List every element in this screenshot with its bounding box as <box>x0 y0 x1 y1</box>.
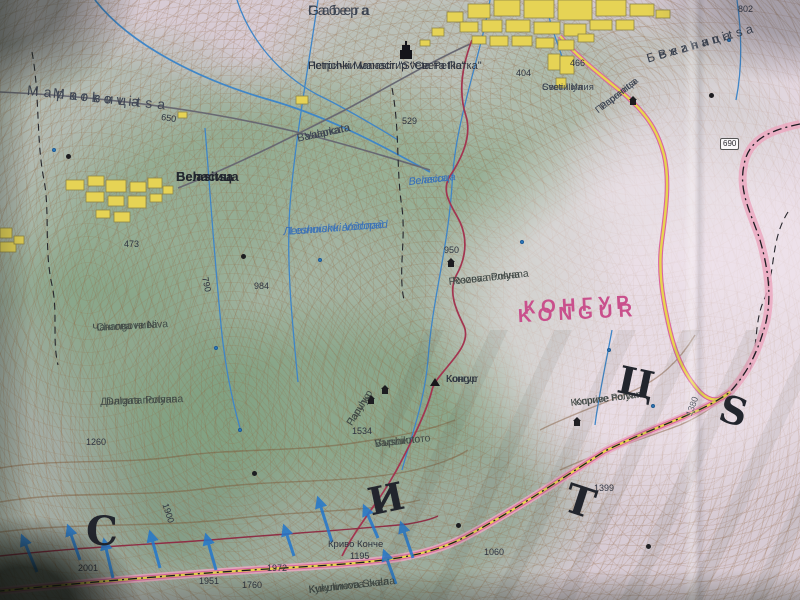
topographic-map-photo: ГабераGabera МарковицаMarkovitsa Петричк… <box>0 0 800 600</box>
photo-vignette <box>0 0 800 600</box>
